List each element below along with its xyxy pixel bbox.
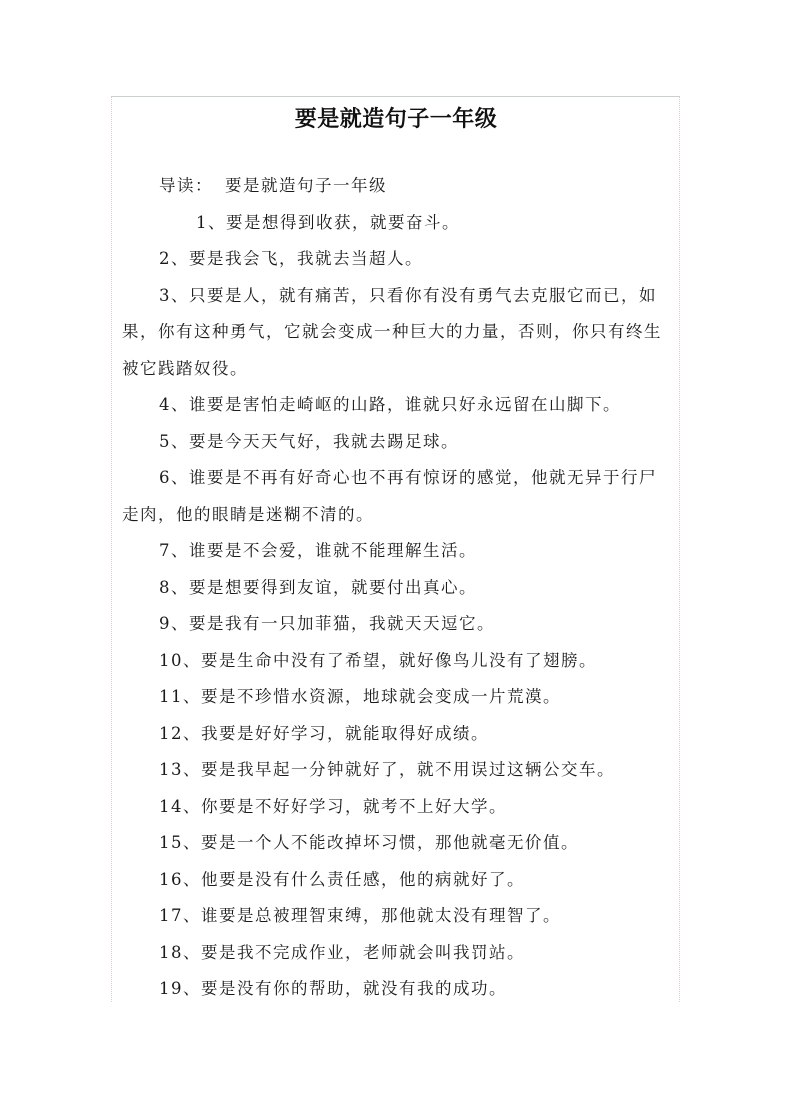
sentence-item: 12、我要是好好学习，就能取得好成绩。 (122, 716, 670, 753)
sentence-item: 16、他要是没有什么责任感，他的病就好了。 (122, 862, 670, 899)
sentence-item: 11、要是不珍惜水资源，地球就会变成一片荒漠。 (122, 679, 670, 716)
sentence-item: 2、要是我会飞，我就去当超人。 (122, 241, 670, 278)
sentence-item: 18、要是我不完成作业，老师就会叫我罚站。 (122, 935, 670, 972)
intro-paragraph: 导读：要是就造句子一年级 (122, 168, 670, 205)
sentence-item: 15、要是一个人不能改掉坏习惯，那他就毫无价值。 (122, 825, 670, 862)
sentence-item: 14、你要是不好好学习，就考不上好大学。 (122, 789, 670, 826)
sentence-item: 6、谁要是不再有好奇心也不再有惊讶的感觉，他就无异于行尸走肉，他的眼睛是迷糊不清… (122, 460, 670, 533)
intro-text: 要是就造句子一年级 (225, 176, 387, 195)
sentence-item: 5、要是今天天气好，我就去踢足球。 (122, 424, 670, 461)
document-body: 导读：要是就造句子一年级 1、要是想得到收获，就要奋斗。 2、要是我会飞，我就去… (122, 168, 670, 1008)
sentence-item: 7、谁要是不会爱，谁就不能理解生活。 (122, 533, 670, 570)
document-title: 要是就造句子一年级 (0, 102, 792, 133)
intro-label: 导读： (159, 176, 213, 195)
sentence-item: 13、要是我早起一分钟就好了，就不用误过这辆公交车。 (122, 752, 670, 789)
sentence-item: 3、只要是人，就有痛苦，只看你有没有勇气去克服它而已，如果，你有这种勇气，它就会… (122, 278, 670, 388)
sentence-item: 10、要是生命中没有了希望，就好像鸟儿没有了翅膀。 (122, 643, 670, 680)
sentence-item: 1、要是想得到收获，就要奋斗。 (122, 205, 670, 242)
sentence-item: 17、谁要是总被理智束缚，那他就太没有理智了。 (122, 898, 670, 935)
sentence-item: 8、要是想要得到友谊，就要付出真心。 (122, 570, 670, 607)
sentence-item: 19、要是没有你的帮助，就没有我的成功。 (122, 971, 670, 1008)
sentence-item: 4、谁要是害怕走崎岖的山路，谁就只好永远留在山脚下。 (122, 387, 670, 424)
sentence-item: 9、要是我有一只加菲猫，我就天天逗它。 (122, 606, 670, 643)
